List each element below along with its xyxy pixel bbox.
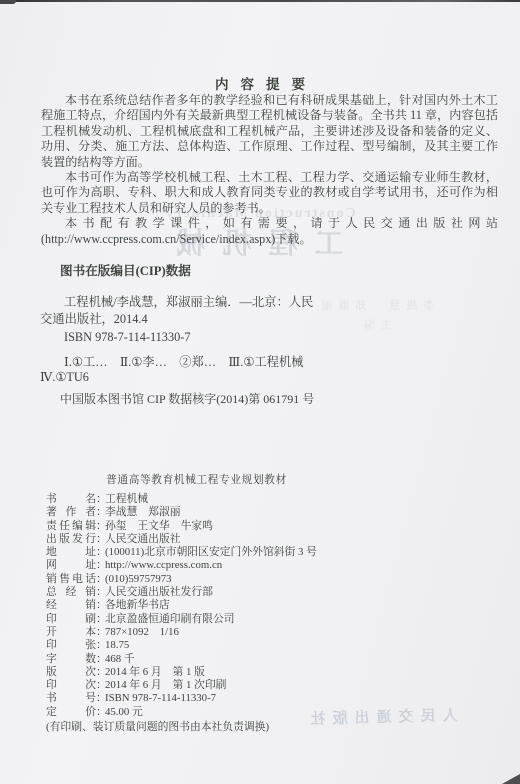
- cip-entry-line-2: 交通出版社，2014.4: [40, 309, 148, 327]
- row-label: 出版发行: [46, 533, 96, 546]
- cip-classification-line-1: Ⅰ.①工… Ⅱ.①李… ②郑… Ⅲ.①工程机械: [64, 352, 304, 370]
- imprint-row-word-count: 字数：468 千: [46, 653, 492, 666]
- cip-record-number: 中国版本图书馆 CIP 数据核字(2014)第 061791 号: [60, 390, 314, 407]
- row-colon: ：: [96, 493, 105, 506]
- copyright-page: Construction Machinery 工程机械 李战慧 郑淑丽 主编 人…: [0, 0, 520, 784]
- imprint-row-printer: 印刷：北京盈盛恒通印刷有限公司: [46, 613, 492, 626]
- row-colon: ：: [96, 533, 105, 546]
- row-label: 开本: [46, 626, 96, 639]
- imprint-row-distributor: 总经销：人民交通出版社发行部: [46, 586, 492, 599]
- summary-paragraph: 本书配有教学课件，如有需要，请于人民交通出版社网站(http://www.ccp…: [41, 216, 498, 247]
- imprint-row-title: 书名：工程机械: [46, 493, 492, 506]
- cip-heading: 图书在版编目(CIP)数据: [60, 260, 191, 279]
- row-value: (100011)北京市朝阳区安定门外外馆斜街 3 号: [105, 546, 317, 558]
- imprint-row-retail: 经销：各地新华书店: [46, 599, 492, 612]
- imprint-row-price: 定价：45.00 元: [46, 706, 492, 719]
- cip-entry-line-1: 工程机械/李战慧，郑淑丽主编．—北京：人民: [64, 292, 313, 310]
- row-label: 印刷: [46, 613, 96, 626]
- imprint-row-publisher: 出版发行：人民交通出版社: [46, 533, 492, 546]
- row-colon: ：: [96, 639, 105, 652]
- row-colon: ：: [96, 653, 105, 666]
- imprint-row-authors: 著作者：李战慧 郑淑丽: [46, 506, 492, 519]
- row-label: 地址: [46, 546, 96, 559]
- ghost-author-line-1: 李战慧 郑淑丽: [300, 297, 450, 313]
- row-value: 468 千: [105, 653, 135, 665]
- row-value: 人民交通出版社发行部: [105, 586, 213, 598]
- row-colon: ：: [96, 559, 105, 572]
- row-value: 李战慧 郑淑丽: [105, 506, 181, 518]
- row-colon: ：: [96, 599, 105, 612]
- row-value: 787×1092 1/16: [105, 626, 179, 638]
- row-label: 销售电话: [46, 573, 96, 586]
- imprint-row-website: 网址：http://www.ccpress.com.cn: [46, 559, 492, 572]
- row-colon: ：: [96, 573, 105, 586]
- scan-top-edge: [0, 0, 520, 2]
- row-label: 书号: [46, 692, 96, 705]
- imprint-block: 普通高等教育机械工程专业规划教材 书名：工程机械 著作者：李战慧 郑淑丽 责任编…: [46, 472, 492, 734]
- imprint-row-editors: 责任编辑：孙玺 王文华 牛家鸣: [46, 520, 492, 533]
- row-value: 2014 年 6 月 第 1 次印刷: [105, 679, 226, 691]
- cip-isbn: ISBN 978-7-114-11330-7: [64, 330, 191, 345]
- row-label: 印次: [46, 679, 96, 692]
- row-label: 版次: [46, 666, 96, 679]
- row-colon: ：: [96, 679, 105, 692]
- row-colon: ：: [96, 666, 105, 679]
- row-value: ISBN 978-7-114-11330-7: [105, 692, 216, 704]
- row-label: 著作者: [46, 506, 96, 519]
- row-label: 字数: [46, 653, 96, 666]
- row-value: 北京盈盛恒通印刷有限公司: [105, 613, 235, 625]
- row-colon: ：: [96, 546, 105, 559]
- row-value: 2014 年 6 月 第 1 版: [105, 666, 205, 678]
- row-value: 工程机械: [105, 493, 148, 505]
- imprint-row-book-number: 书号：ISBN 978-7-114-11330-7: [46, 692, 492, 705]
- row-colon: ：: [96, 626, 105, 639]
- row-colon: ：: [96, 520, 105, 533]
- imprint-row-edition: 版次：2014 年 6 月 第 1 版: [46, 666, 492, 679]
- row-value: 人民交通出版社: [105, 533, 181, 545]
- row-value: 各地新华书店: [105, 599, 170, 611]
- imprint-row-sheets: 印张：18.75: [46, 639, 492, 652]
- imprint-row-address: 地址：(100011)北京市朝阳区安定门外外馆斜街 3 号: [46, 546, 492, 559]
- quality-note: (有印刷、装订质量问题的图书由本社负责调换): [46, 721, 492, 734]
- scan-top-edge-nub: [0, 0, 16, 4]
- row-value: (010)59757973: [105, 573, 172, 585]
- imprint-row-format: 开本：787×1092 1/16: [46, 626, 492, 639]
- ghost-author-line-2: 主编: [300, 316, 450, 332]
- series-title: 普通高等教育机械工程专业规划教材: [106, 472, 492, 487]
- imprint-row-printing: 印次：2014 年 6 月 第 1 次印刷: [46, 679, 492, 692]
- row-label: 总经销: [46, 586, 96, 599]
- row-colon: ：: [96, 586, 105, 599]
- row-colon: ：: [96, 613, 105, 626]
- cip-classification-line-2: Ⅳ.①TU6: [40, 370, 89, 385]
- row-value: 18.75: [105, 639, 129, 651]
- row-colon: ：: [96, 706, 105, 719]
- row-label: 书名: [46, 493, 96, 506]
- row-value: 孙玺 王文华 牛家鸣: [105, 520, 213, 532]
- imprint-row-sales-phone: 销售电话：(010)59757973: [46, 573, 492, 586]
- row-label: 印张: [46, 639, 96, 652]
- row-colon: ：: [96, 506, 105, 519]
- summary-paragraph: 本书可作为高等学校机械工程、土木工程、工程力学、交通运输专业师生教材，也可作为高…: [41, 170, 498, 216]
- summary-title: 内容提要: [0, 73, 520, 93]
- summary-body: 本书在系统总结作者多年的教学经验和已有科研成果基础上，针对国内外土木工程施工特点…: [41, 93, 498, 247]
- row-label: 定价: [46, 706, 96, 719]
- scan-corner-shadow: [502, 774, 520, 784]
- row-colon: ：: [96, 692, 105, 705]
- row-value: http://www.ccpress.com.cn: [105, 559, 222, 571]
- row-label: 责任编辑: [46, 520, 96, 533]
- row-value: 45.00 元: [105, 706, 143, 718]
- row-label: 网址: [46, 559, 96, 572]
- summary-paragraph: 本书在系统总结作者多年的教学经验和已有科研成果基础上，针对国内外土木工程施工特点…: [41, 93, 498, 170]
- row-label: 经销: [46, 599, 96, 612]
